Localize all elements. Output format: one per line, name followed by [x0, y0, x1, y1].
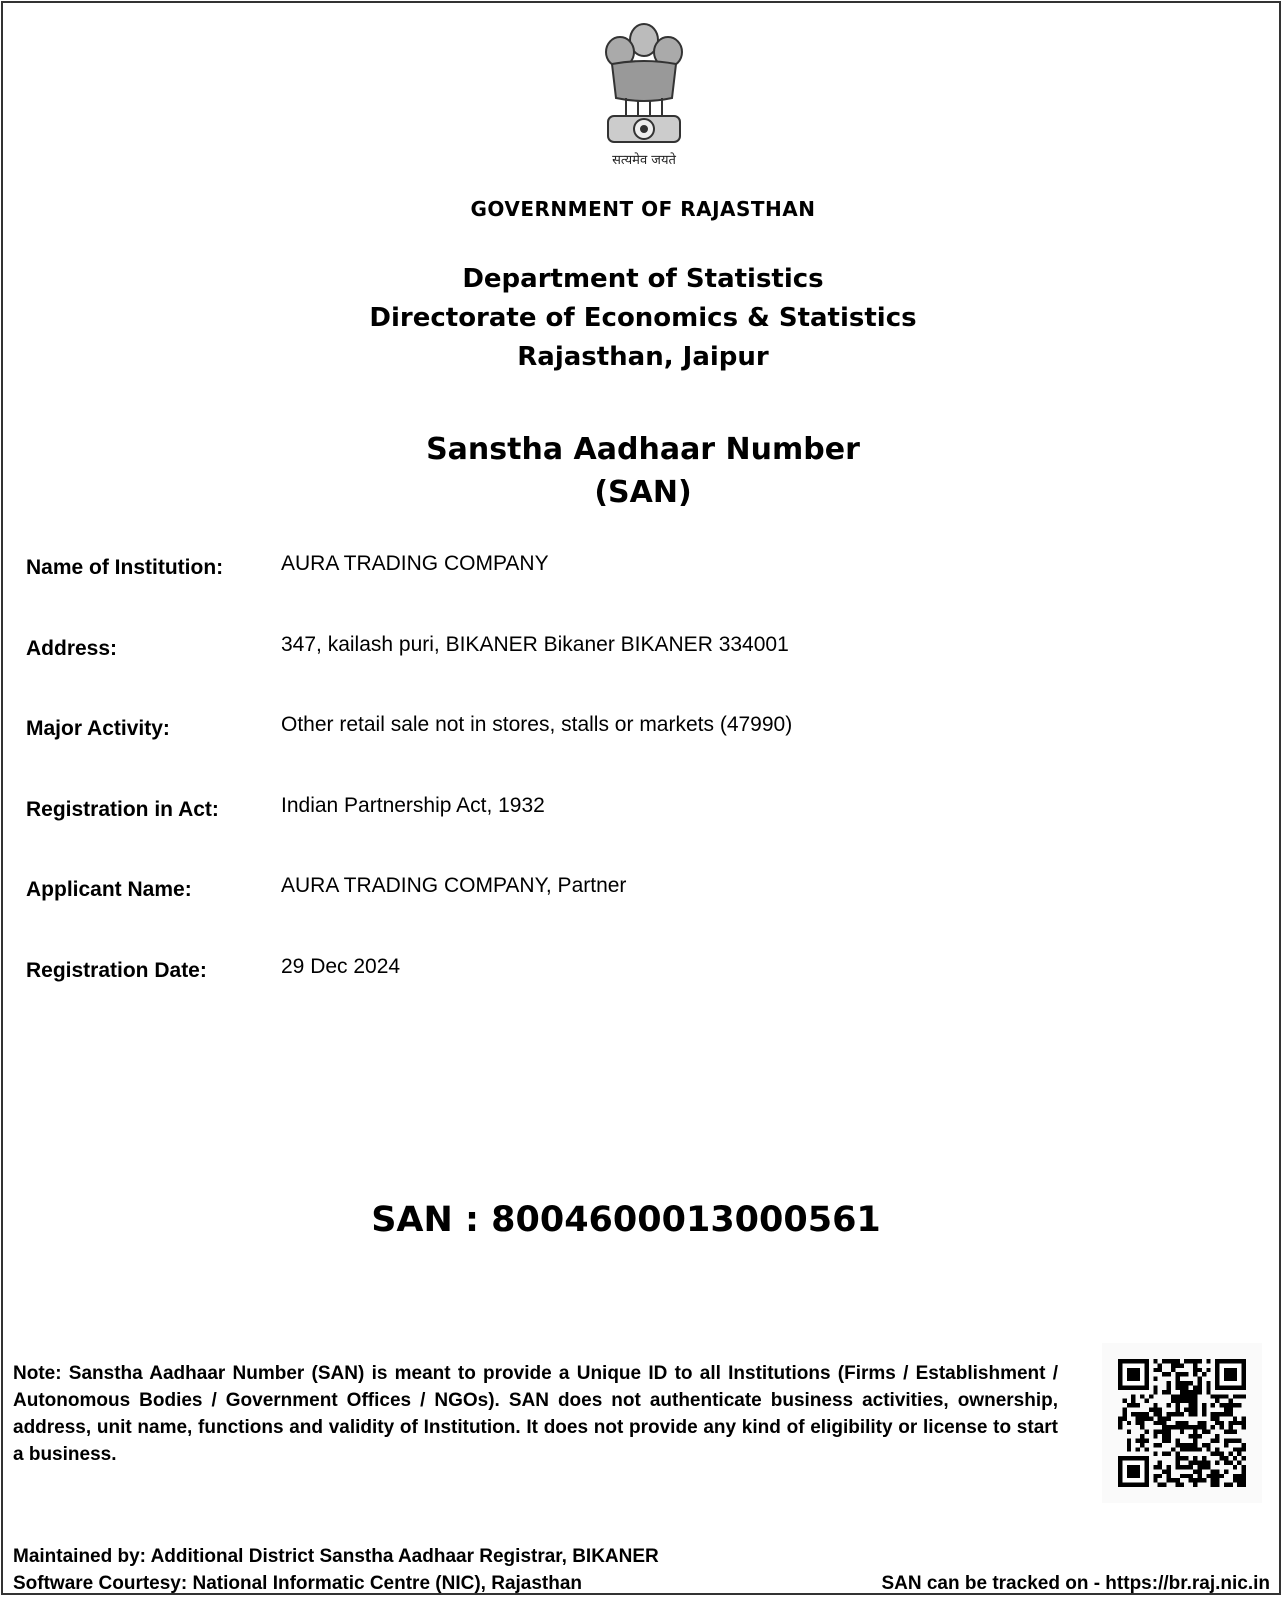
san-number: SAN : 8004600013000561: [0, 1200, 1269, 1240]
maintained-by: Maintained by: Additional District Sanst…: [13, 1543, 659, 1570]
directorate-line: Directorate of Economics & Statistics: [0, 299, 1286, 338]
government-heading: GOVERNMENT OF RAJASTHAN: [0, 197, 1286, 221]
footer-credits: Maintained by: Additional District Sanst…: [13, 1543, 659, 1597]
title-line: Sanstha Aadhaar Number: [0, 428, 1286, 471]
title-abbreviation: (SAN): [0, 471, 1286, 514]
field-label: Registration Date:: [26, 959, 207, 983]
field-row-address: Address: 347, kailash puri, BIKANER Bika…: [26, 633, 1260, 714]
field-value: AURA TRADING COMPANY, Partner: [281, 874, 626, 898]
field-value: 347, kailash puri, BIKANER Bikaner BIKAN…: [281, 633, 789, 657]
tracking-link[interactable]: SAN can be tracked on - https://br.raj.n…: [881, 1570, 1270, 1597]
field-label: Major Activity:: [26, 717, 170, 741]
emblem: सत्यमेव जयते: [596, 12, 692, 172]
location-line: Rajasthan, Jaipur: [0, 338, 1286, 377]
field-label: Registration in Act:: [26, 798, 219, 822]
field-value: Other retail sale not in stores, stalls …: [281, 713, 792, 737]
disclaimer-note: Note: Sanstha Aadhaar Number (SAN) is me…: [13, 1360, 1058, 1468]
emblem-motto: सत्यमेव जयते: [596, 150, 692, 168]
field-label: Name of Institution:: [26, 556, 223, 580]
department-heading: Department of Statistics Directorate of …: [0, 260, 1286, 377]
department-line: Department of Statistics: [0, 260, 1286, 299]
field-row-major-activity: Major Activity: Other retail sale not in…: [26, 713, 1260, 794]
field-row-institution-name: Name of Institution: AURA TRADING COMPAN…: [26, 552, 1260, 633]
institution-details: Name of Institution: AURA TRADING COMPAN…: [26, 552, 1260, 1035]
field-value: Indian Partnership Act, 1932: [281, 794, 545, 818]
field-value: AURA TRADING COMPANY: [281, 552, 549, 576]
field-label: Address:: [26, 637, 117, 661]
field-value: 29 Dec 2024: [281, 955, 400, 979]
software-courtesy: Software Courtesy: National Informatic C…: [13, 1570, 659, 1597]
field-row-registration-date: Registration Date: 29 Dec 2024: [26, 955, 1260, 1036]
qr-code[interactable]: [1102, 1343, 1262, 1503]
qr-code-icon: [1118, 1359, 1246, 1487]
field-label: Applicant Name:: [26, 878, 192, 902]
field-row-registration-act: Registration in Act: Indian Partnership …: [26, 794, 1260, 875]
document-title: Sanstha Aadhaar Number (SAN): [0, 428, 1286, 514]
field-row-applicant-name: Applicant Name: AURA TRADING COMPANY, Pa…: [26, 874, 1260, 955]
national-emblem-icon: [598, 12, 690, 148]
